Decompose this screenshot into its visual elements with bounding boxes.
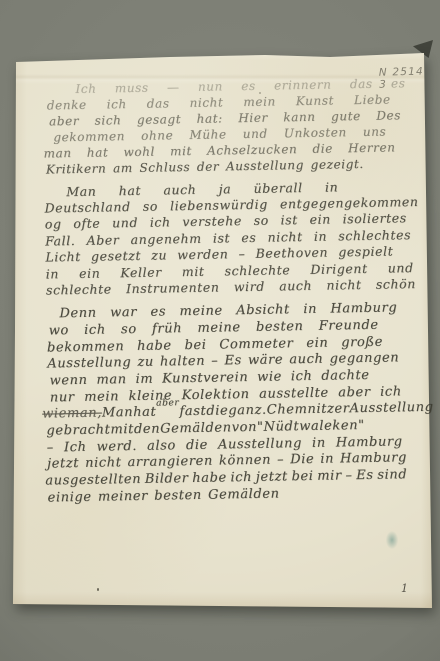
paper-speck [97,588,99,591]
archival-number: N 2514-3 [379,65,434,90]
page-number: 1 [401,582,408,595]
photo-background: N 2514-3 1 Ichmuss—nuneserinnerndasesden… [0,0,440,661]
letter-page: N 2514-3 1 [13,50,433,608]
paper-speck [259,92,261,94]
